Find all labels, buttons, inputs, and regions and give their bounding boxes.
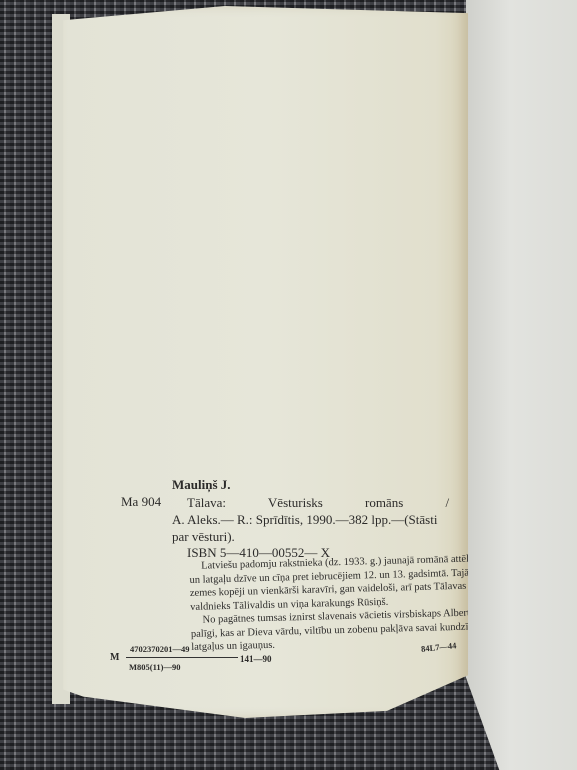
book-page: Mauliņš J. Ma 904 Tālava: Vēsturisks rom… [63,6,468,718]
index-prefix: M [110,652,119,663]
fraction-line [126,657,238,658]
index-denominator: M805(11)—90 [129,662,180,672]
index-numerator: 4702370201—49 [130,644,190,654]
facing-page [466,0,577,770]
call-number: Ma 904 [121,494,161,510]
bbk-code: 84L7—44 [421,640,457,654]
index-suffix: 141—90 [240,654,272,664]
author-name: Mauliņš J. [172,477,231,493]
catalog-card: Mauliņš J. Ma 904 Tālava: Vēsturisks rom… [63,6,468,718]
